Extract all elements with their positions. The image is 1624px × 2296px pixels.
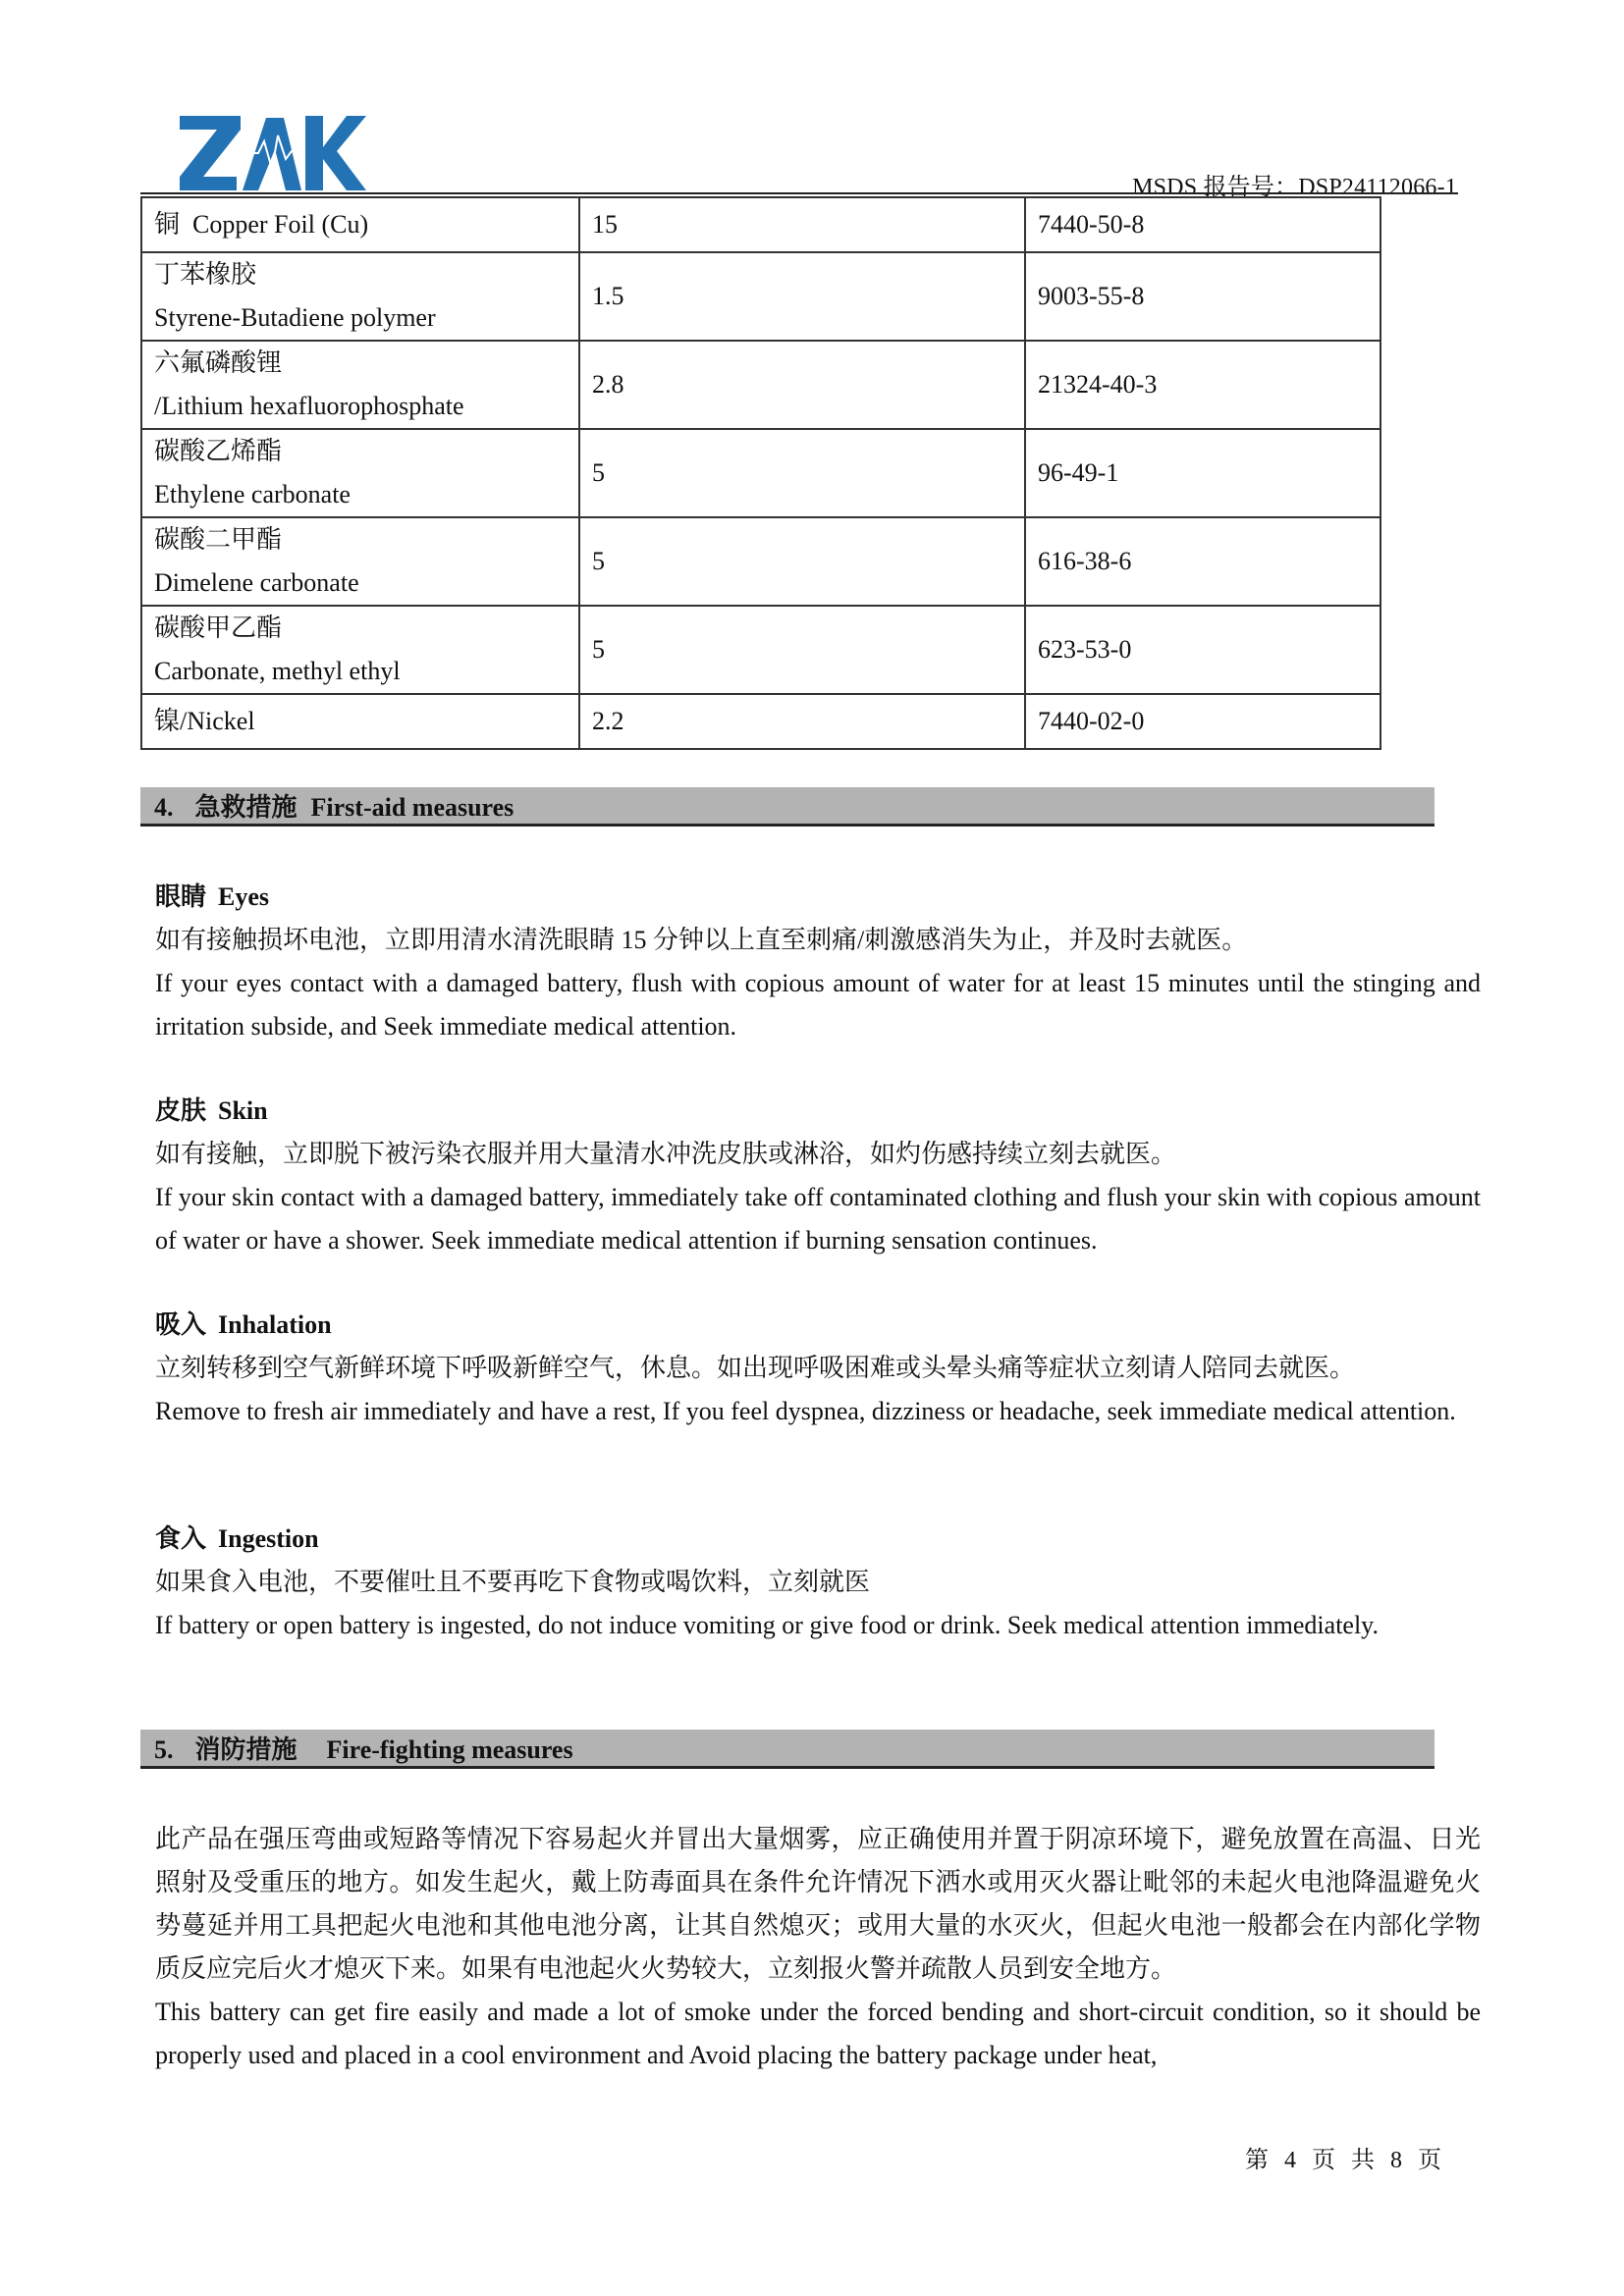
component-percent: 2.2	[579, 694, 1025, 749]
subsection-title: 皮肤Skin	[155, 1090, 1481, 1133]
first-aid-eyes: 眼睛Eyes 如有接触损坏电池，立即用清水清洗眼睛 15 分钟以上直至刺痛/刺激…	[155, 876, 1481, 1048]
composition-table: 铜 Copper Foil (Cu) 15 7440-50-8 丁苯橡胶Styr…	[140, 196, 1381, 750]
component-cas: 9003-55-8	[1025, 252, 1380, 341]
header-divider	[140, 192, 1458, 194]
table-row: 碳酸二甲酯Dimelene carbonate 5 616-38-6	[141, 517, 1380, 606]
text-en: Remove to fresh air immediately and have…	[155, 1390, 1481, 1433]
text-cn: 如有接触，立即脱下被污染衣服并用大量清水冲洗皮肤或淋浴，如灼伤感持续立刻去就医。	[155, 1133, 1481, 1176]
table-row: 铜 Copper Foil (Cu) 15 7440-50-8	[141, 197, 1380, 252]
subsection-title: 吸入Inhalation	[155, 1304, 1481, 1347]
component-percent: 5	[579, 517, 1025, 606]
component-name: 铜 Copper Foil (Cu)	[141, 197, 579, 252]
component-percent: 5	[579, 429, 1025, 517]
component-percent: 15	[579, 197, 1025, 252]
component-cas: 7440-02-0	[1025, 694, 1380, 749]
subsection-title: 食入Ingestion	[155, 1518, 1481, 1561]
component-name: 镍/Nickel	[141, 694, 579, 749]
component-cas: 96-49-1	[1025, 429, 1380, 517]
component-cas: 616-38-6	[1025, 517, 1380, 606]
section-4-header: 4.急救措施First-aid measures	[140, 787, 1435, 827]
table-row: 碳酸甲乙酯Carbonate, methyl ethyl 5 623-53-0	[141, 606, 1380, 694]
table-row: 碳酸乙烯酯Ethylene carbonate 5 96-49-1	[141, 429, 1380, 517]
first-aid-inhalation: 吸入Inhalation 立刻转移到空气新鲜环境下呼吸新鲜空气，休息。如出现呼吸…	[155, 1304, 1481, 1433]
component-name: 碳酸甲乙酯Carbonate, methyl ethyl	[141, 606, 579, 694]
subsection-title: 眼睛Eyes	[155, 876, 1481, 919]
component-cas: 21324-40-3	[1025, 341, 1380, 429]
text-cn: 此产品在强压弯曲或短路等情况下容易起火并冒出大量烟雾，应正确使用并置于阴凉环境下…	[155, 1818, 1481, 1991]
text-en: If your skin contact with a damaged batt…	[155, 1176, 1481, 1262]
page-number: 第 4 页 共 8 页	[1245, 2140, 1441, 2174]
fire-fighting-text: 此产品在强压弯曲或短路等情况下容易起火并冒出大量烟雾，应正确使用并置于阴凉环境下…	[155, 1818, 1481, 2077]
component-name: 碳酸二甲酯Dimelene carbonate	[141, 517, 579, 606]
component-cas: 623-53-0	[1025, 606, 1380, 694]
company-logo	[180, 116, 366, 190]
text-en: This battery can get fire easily and mad…	[155, 1991, 1481, 2077]
component-name: 丁苯橡胶Styrene-Butadiene polymer	[141, 252, 579, 341]
text-en: If battery or open battery is ingested, …	[155, 1604, 1481, 1647]
table-row: 丁苯橡胶Styrene-Butadiene polymer 1.5 9003-5…	[141, 252, 1380, 341]
component-percent: 1.5	[579, 252, 1025, 341]
component-cas: 7440-50-8	[1025, 197, 1380, 252]
first-aid-skin: 皮肤Skin 如有接触，立即脱下被污染衣服并用大量清水冲洗皮肤或淋浴，如灼伤感持…	[155, 1090, 1481, 1262]
section-5-header: 5.消防措施Fire-fighting measures	[140, 1730, 1435, 1769]
text-cn: 如有接触损坏电池，立即用清水清洗眼睛 15 分钟以上直至刺痛/刺激感消失为止，并…	[155, 919, 1481, 962]
first-aid-ingestion: 食入Ingestion 如果食入电池，不要催吐且不要再吃下食物或喝饮料，立刻就医…	[155, 1518, 1481, 1647]
text-en: If your eyes contact with a damaged batt…	[155, 962, 1481, 1048]
text-cn: 如果食入电池，不要催吐且不要再吃下食物或喝饮料，立刻就医	[155, 1561, 1481, 1604]
zak-logo-icon	[180, 116, 366, 190]
component-percent: 5	[579, 606, 1025, 694]
table-row: 镍/Nickel 2.2 7440-02-0	[141, 694, 1380, 749]
text-cn: 立刻转移到空气新鲜环境下呼吸新鲜空气，休息。如出现呼吸困难或头晕头痛等症状立刻请…	[155, 1347, 1481, 1390]
component-name: 六氟磷酸锂/Lithium hexafluorophosphate	[141, 341, 579, 429]
component-percent: 2.8	[579, 341, 1025, 429]
component-name: 碳酸乙烯酯Ethylene carbonate	[141, 429, 579, 517]
table-row: 六氟磷酸锂/Lithium hexafluorophosphate 2.8 21…	[141, 341, 1380, 429]
